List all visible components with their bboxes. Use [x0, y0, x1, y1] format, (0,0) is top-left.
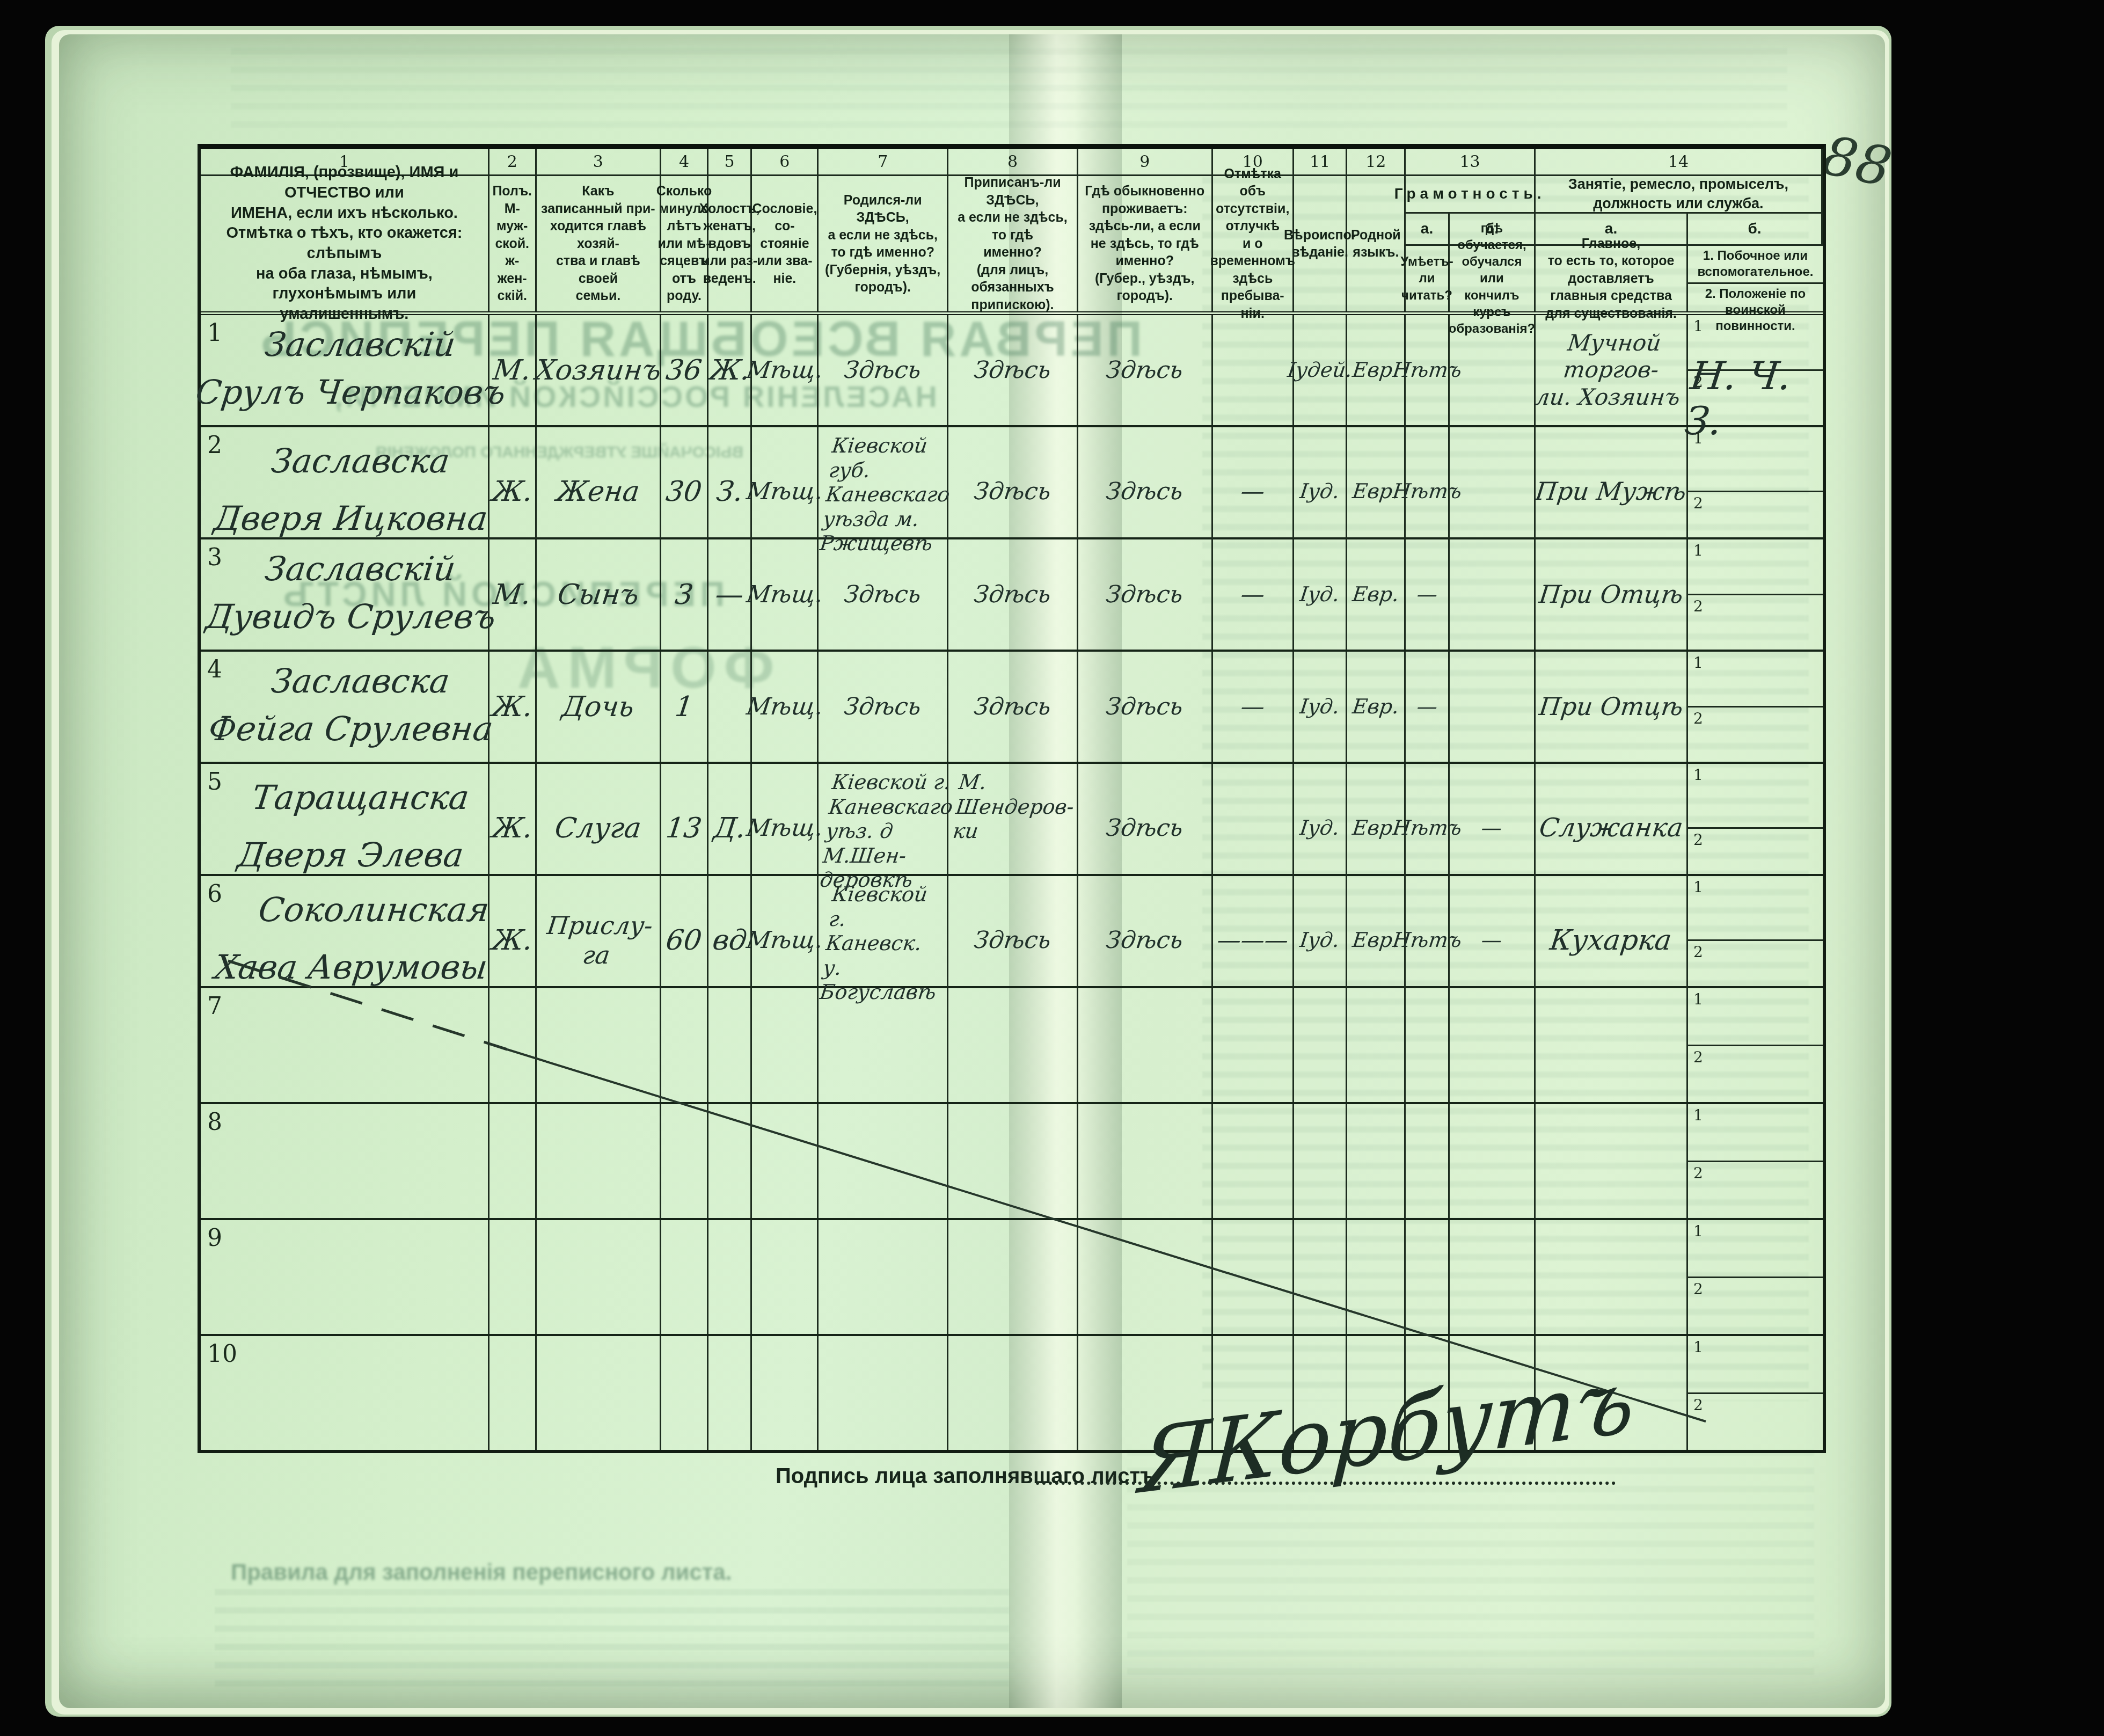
- header-occupation-b-letter: б.: [1688, 214, 1823, 246]
- subcell-label-1: 1: [1693, 1106, 1703, 1124]
- side-value: [1684, 427, 1827, 491]
- col-number-11: 11: [1294, 149, 1348, 176]
- registration-value: М. Шендеров- ки: [952, 770, 1078, 844]
- cell-side-military: 1 2: [1688, 988, 1823, 1102]
- sex-value: Ж.: [490, 812, 534, 844]
- subcell-label-2: 2: [1693, 1396, 1703, 1414]
- table-row: 1 Заславскій Срулъ Черпаковъ М. Хозяинъ …: [201, 315, 1823, 427]
- relation-value: Слуга: [553, 812, 644, 844]
- language-value: Евр.: [1351, 695, 1400, 719]
- col-number-12: 12: [1347, 149, 1406, 176]
- col-number-9: 9: [1078, 149, 1213, 176]
- religion-value: Іудей.: [1286, 358, 1354, 383]
- cell-name: 6 Соколинская Хава Аврумовы: [201, 876, 490, 1005]
- relation-value: Прислу- га: [542, 911, 654, 970]
- photo-of-census-sheet: ПЕРВАЯ ВСЕОБЩАЯ ПЕРЕПИСЬ НАСЕЛЕНІЯ РОССІ…: [0, 0, 2104, 1736]
- subcell-label-1: 1: [1693, 1338, 1703, 1356]
- row-number: 4: [207, 656, 222, 683]
- cell-name: 3 Заславскій Дувидъ Срулевъ: [201, 539, 490, 650]
- col-number-3: 3: [537, 149, 662, 176]
- estate-value: Мѣщ.: [745, 814, 824, 842]
- cell-side-military: 1 2: [1688, 539, 1823, 650]
- header-estate-column: Сословіе, со- стояніе или зва- ніе.: [752, 176, 819, 311]
- table-row-empty: 8 1 2: [201, 1104, 1823, 1220]
- residence-value: Здѣсь: [1105, 927, 1185, 954]
- education-value: —: [1480, 816, 1504, 841]
- relation-value: Хозяинъ: [534, 354, 663, 386]
- signature-label: Подпись лица заполнявшаго листъ: [776, 1464, 1156, 1489]
- given-name-handwriting: Срулъ Черпаковъ: [194, 376, 507, 409]
- occupation-value: Кухарка: [1548, 924, 1674, 957]
- col-number-2: 2: [490, 149, 537, 176]
- header-literacy-a-letter: а.: [1406, 214, 1450, 246]
- row-number: 1: [207, 319, 222, 347]
- header-occupation-side-military: 1. Побочное или вспомогательное. 2. Поло…: [1688, 246, 1823, 311]
- header-birthplace-column: Родился-ли ЗДѢСЬ, а если не здѣсь, то гд…: [819, 176, 948, 311]
- table-row: 6 Соколинская Хава Аврумовы Ж. Прислу- г…: [201, 876, 1823, 988]
- sex-value: М.: [492, 579, 533, 611]
- surname-handwriting: Заславскій: [263, 328, 457, 361]
- occupation-value: При Отцѣ: [1537, 580, 1685, 609]
- header-absence-column: Отмѣтка объ отсутствіи, отлучкѣ и о врем…: [1213, 176, 1294, 311]
- side-value: [1684, 876, 1827, 939]
- table-header: 1 2 3 4 5 6 7 8 9 10 11 12 13 14 ФАМИЛІЯ…: [201, 149, 1823, 315]
- language-value: Евр.: [1351, 582, 1400, 607]
- cell-side-military: 1 2: [1688, 764, 1823, 893]
- estate-value: Мѣщ.: [745, 356, 824, 384]
- estate-value: Мѣщ.: [745, 478, 824, 505]
- col-number-14: 14: [1536, 149, 1823, 176]
- col-number-6: 6: [752, 149, 819, 176]
- military-subcell: 2 Н. Ч. З.: [1688, 371, 1823, 425]
- header-literacy-reads: Умѣетъ- ли читать?: [1406, 246, 1450, 311]
- birthplace-value: Здѣсь: [843, 356, 923, 384]
- table-row: 3 Заславскій Дувидъ Срулевъ М. Сынъ 3 — …: [201, 539, 1823, 652]
- sex-value: М.: [492, 354, 533, 386]
- given-name-handwriting: Дувидъ Срулевъ: [204, 600, 498, 633]
- birthplace-value: Кіевской г. Каневск. у. Богуславѣ: [819, 882, 951, 1005]
- row-number: 10: [207, 1340, 237, 1368]
- census-table: 1 2 3 4 5 6 7 8 9 10 11 12 13 14 ФАМИЛІЯ…: [198, 144, 1826, 1453]
- religion-value: Іуд.: [1299, 582, 1341, 607]
- birthplace-value: Кіевской губ. Каневскаго уѣзда м. Ржищев…: [819, 434, 957, 556]
- marital-value: Д.: [712, 812, 747, 844]
- header-literacy-group: Грамотность.: [1406, 176, 1536, 214]
- residence-value: Здѣсь: [1105, 581, 1185, 608]
- given-name-handwriting: Дверя Ицковна: [212, 502, 490, 535]
- age-value: 36: [664, 354, 704, 386]
- military-value: Н. Ч. З.: [1685, 371, 1826, 425]
- relation-value: Дочь: [560, 691, 637, 723]
- given-name-handwriting: Хава Аврумовы: [213, 951, 489, 984]
- row-number: 2: [207, 432, 222, 459]
- side-value: [1684, 764, 1827, 827]
- header-religion-column: Вѣроиспо- вѣданіе.: [1294, 176, 1348, 311]
- residence-value: Здѣсь: [1105, 693, 1185, 720]
- header-occupation-group: Занятіе, ремесло, промыселъ, должность и…: [1536, 176, 1823, 214]
- sex-value: Ж.: [490, 476, 534, 508]
- estate-value: Мѣщ.: [745, 693, 824, 720]
- cell-side-military: 1 2: [1688, 1104, 1823, 1218]
- registration-value: Здѣсь: [973, 478, 1053, 505]
- subcell-label-2: 2: [1693, 1164, 1703, 1182]
- subcell-label-2: 2: [1693, 1048, 1703, 1066]
- cell-name: 4 Заславска Фейга Срулевна: [201, 652, 490, 762]
- relation-value: Сынъ: [556, 579, 640, 611]
- cell-name: 1 Заславскій Срулъ Черпаковъ: [201, 315, 490, 425]
- age-value: 60: [664, 924, 704, 957]
- col-number-8: 8: [948, 149, 1078, 176]
- header-sex-column: Полъ. М-муж- ской. ж-жен- скій.: [490, 176, 537, 311]
- header-marital-column: Холостъ, женатъ, вдовъ или раз- веденъ.: [708, 176, 753, 311]
- side-value: [1685, 652, 1826, 706]
- surname-handwriting: Соколинская: [257, 893, 491, 927]
- header-occupation-side: 1. Побочное или вспомогательное.: [1688, 246, 1823, 284]
- estate-value: Мѣщ.: [745, 927, 824, 954]
- age-value: 13: [664, 812, 704, 844]
- subcell-label-1: 1: [1693, 990, 1703, 1008]
- age-value: 3: [673, 579, 695, 611]
- absence-value: ———: [1216, 927, 1290, 954]
- residence-value: Здѣсь: [1105, 356, 1185, 384]
- col-number-7: 7: [819, 149, 948, 176]
- military-value: [1685, 707, 1826, 762]
- col-number-5: 5: [708, 149, 753, 176]
- military-value: [1685, 595, 1826, 650]
- table-row-empty: 9 1 2: [201, 1220, 1823, 1336]
- table-row-empty: 7 1 2: [201, 988, 1823, 1104]
- header-residence-column: Гдѣ обыкновенно проживаетъ: здѣсь-ли, а …: [1078, 176, 1213, 311]
- occupation-value: При Отцѣ: [1537, 692, 1685, 721]
- bleed-text-lines-top: [231, 48, 1787, 129]
- col-number-13: 13: [1406, 149, 1536, 176]
- cell-side-military: 1 2: [1688, 427, 1823, 556]
- sex-value: Ж.: [490, 691, 534, 723]
- surname-handwriting: Заславска: [269, 665, 451, 698]
- side-value: [1685, 539, 1826, 594]
- absence-value: —: [1239, 478, 1266, 505]
- cell-name: 5 Таращанска Дверя Элева: [201, 764, 490, 893]
- subcell-label-2: 2: [1693, 1280, 1703, 1298]
- header-occupation-main: Главное, то есть то, которое доставляетъ…: [1536, 246, 1688, 311]
- registration-value: Здѣсь: [973, 581, 1053, 608]
- residence-value: Здѣсь: [1105, 814, 1185, 842]
- bleed-text-lines-bottom-left: [215, 1589, 1009, 1696]
- cell-side-military: 1 2 Н. Ч. З.: [1688, 315, 1823, 425]
- education-value: —: [1480, 928, 1504, 953]
- marital-value: вд: [711, 924, 749, 957]
- row-number: 7: [207, 993, 222, 1020]
- row-number: 5: [207, 768, 222, 796]
- cell-side-military: 1 2: [1688, 652, 1823, 762]
- bleed-rules-heading: Правила для заполненія переписного листа…: [231, 1559, 732, 1585]
- header-name-column: ФАМИЛІЯ, (прозвище), ИМЯ и ОТЧЕСТВО или …: [201, 176, 490, 311]
- occupation-value: При Мужѣ: [1534, 477, 1688, 506]
- row-number: 9: [207, 1224, 222, 1252]
- occupation-value: Мучной торгов- ли. Хозяинъ: [1531, 330, 1692, 411]
- religion-value: Іуд.: [1299, 928, 1341, 953]
- table-row: 2 Заславска Дверя Ицковна Ж. Жена 30 З. …: [201, 427, 1823, 539]
- residence-value: Здѣсь: [1105, 478, 1185, 505]
- header-literacy-education: гдѣ обучается, обучался или кончилъ курс…: [1450, 246, 1536, 311]
- religion-value: Іуд.: [1299, 816, 1341, 841]
- age-value: 1: [673, 691, 695, 723]
- cell-side-military: 1 2: [1688, 1336, 1823, 1450]
- row-number: 3: [207, 544, 222, 571]
- row-number: 6: [207, 880, 222, 908]
- sex-value: Ж.: [490, 924, 534, 957]
- birthplace-value: Кіевской г. Каневскаго уѣз. д М.Шен- дер…: [819, 770, 957, 893]
- age-value: 30: [664, 476, 704, 508]
- surname-handwriting: Таращанска: [250, 781, 471, 814]
- relation-value: Жена: [554, 476, 641, 508]
- header-registration-column: Приписанъ-ли ЗДѢСЬ, а если не здѣсь, то …: [948, 176, 1078, 311]
- col-number-4: 4: [661, 149, 708, 176]
- header-relation-column: Какъ записанный при- ходится главѣ хозяй…: [537, 176, 662, 311]
- birthplace-value: Здѣсь: [843, 693, 923, 720]
- registration-value: Здѣсь: [973, 693, 1053, 720]
- registration-value: Здѣсь: [973, 356, 1053, 384]
- religion-value: Іуд.: [1299, 479, 1341, 504]
- surname-handwriting: Заславска: [269, 444, 451, 478]
- row-number: 8: [207, 1108, 222, 1136]
- table-row: 4 Заславска Фейга Срулевна Ж. Дочь 1 Мѣщ…: [201, 652, 1823, 764]
- religion-value: Іуд.: [1299, 695, 1341, 719]
- table-row: 5 Таращанска Дверя Элева Ж. Слуга 13 Д. …: [201, 764, 1823, 876]
- given-name-handwriting: Дверя Элева: [236, 838, 465, 872]
- subcell-label-1: 1: [1693, 1222, 1703, 1240]
- registration-value: Здѣсь: [973, 927, 1053, 954]
- absence-value: —: [1239, 581, 1266, 608]
- cell-side-military: 1 2: [1688, 1220, 1823, 1334]
- cell-side-military: 1 2: [1688, 876, 1823, 1005]
- absence-value: —: [1239, 693, 1266, 720]
- reads-value: —: [1415, 582, 1439, 607]
- birthplace-value: Здѣсь: [843, 581, 923, 608]
- cell-name: 2 Заславска Дверя Ицковна: [201, 427, 490, 556]
- marital-value: —: [713, 579, 745, 611]
- estate-value: Мѣщ.: [745, 581, 824, 608]
- occupation-value: Служанка: [1537, 813, 1684, 844]
- reads-value: —: [1415, 695, 1439, 719]
- given-name-handwriting: Фейга Срулевна: [207, 712, 495, 746]
- marital-value: З.: [714, 476, 744, 508]
- surname-handwriting: Заславскій: [263, 552, 457, 586]
